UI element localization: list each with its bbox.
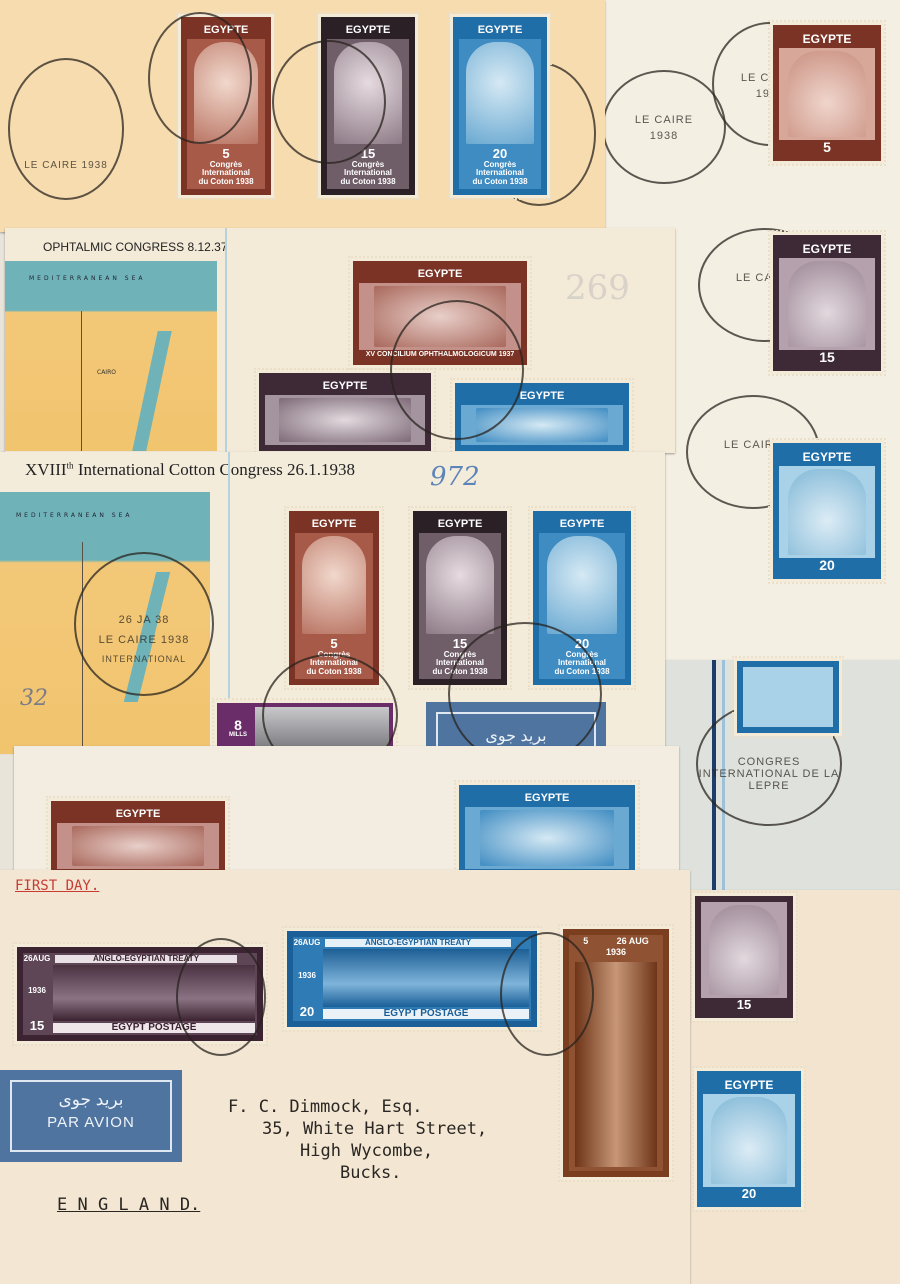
eye-of-horus-image [279,398,410,442]
stamp-ophthalmic-20m-b: EGYPTE [456,782,638,878]
stamp-ophthalmic-15m: EGYPTE [256,370,434,454]
postmark: LE CAIRE1938 [602,70,726,184]
cover-heading: XVIIIth International Cotton Congress 26… [25,460,355,480]
treaty-signing-image [575,962,658,1167]
pencil-note: 972 [430,462,480,492]
address-line-4: Bucks. [340,1162,401,1184]
stamp-ophthalmic-5m: EGYPTE XV CONCILIUM OPHTHALMOLOGICUM 193… [350,258,530,368]
country-line: E N G L A N D. [57,1194,200,1216]
stamp-ophthalmic-20m: EGYPTE [452,380,632,454]
stamp-leprosy-15m-bottom: 15 [692,893,796,1021]
eye-of-horus-image [374,286,507,347]
pencil-note: 32 [20,686,48,711]
treaty-signing-image [323,949,529,1006]
postmark: LE CAIRE 1938 [8,58,124,200]
stamp-leprosy-20m-bottom: EGYPTE 20 [694,1068,804,1210]
address-line-1: F. C. Dimmock, Esq. [228,1096,422,1118]
address-line-3: High Wycombe, [300,1140,433,1162]
egypt-map: MEDITERRANEAN SEA 32 [0,492,210,754]
cotton-picker-image [194,42,258,145]
par-avion-label: بريد جوى PAR AVION [0,1070,182,1162]
palm-branch-image [788,51,867,138]
palm-branch-image [788,469,867,556]
stamp-leprosy-5m: EGYPTE 5 [770,22,884,164]
stamp-cotton-15m: EGYPTE 15 Congrès International du Coton… [318,14,418,198]
stamp-treaty-15m: 26AUG193615 ANGLO-EGYPTIAN TREATY EGYPT … [14,944,266,1044]
stamp-leprosy-20m: EGYPTE 20 [770,440,884,582]
stamp-cotton-5m-b: EGYPTE 5 Congrès International du Coton … [286,508,382,688]
stamp-cotton-15m-b: EGYPTE 15 Congrès International du Coton… [410,508,510,688]
treaty-signing-image [53,965,255,1020]
cotton-picker-image [466,42,533,145]
stamp-treaty-5m: 526 AUG 1936 [560,926,672,1180]
palm-branch-image [788,261,867,348]
aircraft-image [255,707,389,749]
address-line-2: 35, White Hart Street, [262,1118,487,1140]
cover-heading: OPHTALMIC CONGRESS 8.12.37 [43,240,228,254]
stamp-ophthalmic-5m-b: EGYPTE [48,798,228,878]
first-day-label: FIRST DAY. [15,878,99,894]
eye-of-horus-image [476,408,609,442]
pencil-note: 269 [565,268,630,308]
cotton-picker-image [334,42,401,145]
stamp-treaty-20m: 26AUG193620 ANGLO-EGYPTIAN TREATY EGYPT … [284,928,540,1030]
stamp-cotton-5m: EGYPTE 5 Congrès International du Coton … [178,14,274,198]
egypt-map: MEDITERRANEAN SEA CAIRO [5,261,217,451]
stamp-leprosy-15m: EGYPTE 15 [770,232,884,374]
stamp-cotton-20m: EGYPTE 20 Congrès International du Coton… [450,14,550,198]
stamp-cotton-20m-b: EGYPTE 20 Congrès International du Coton… [530,508,634,688]
stamp-leprosy-20m-partial [734,658,842,736]
